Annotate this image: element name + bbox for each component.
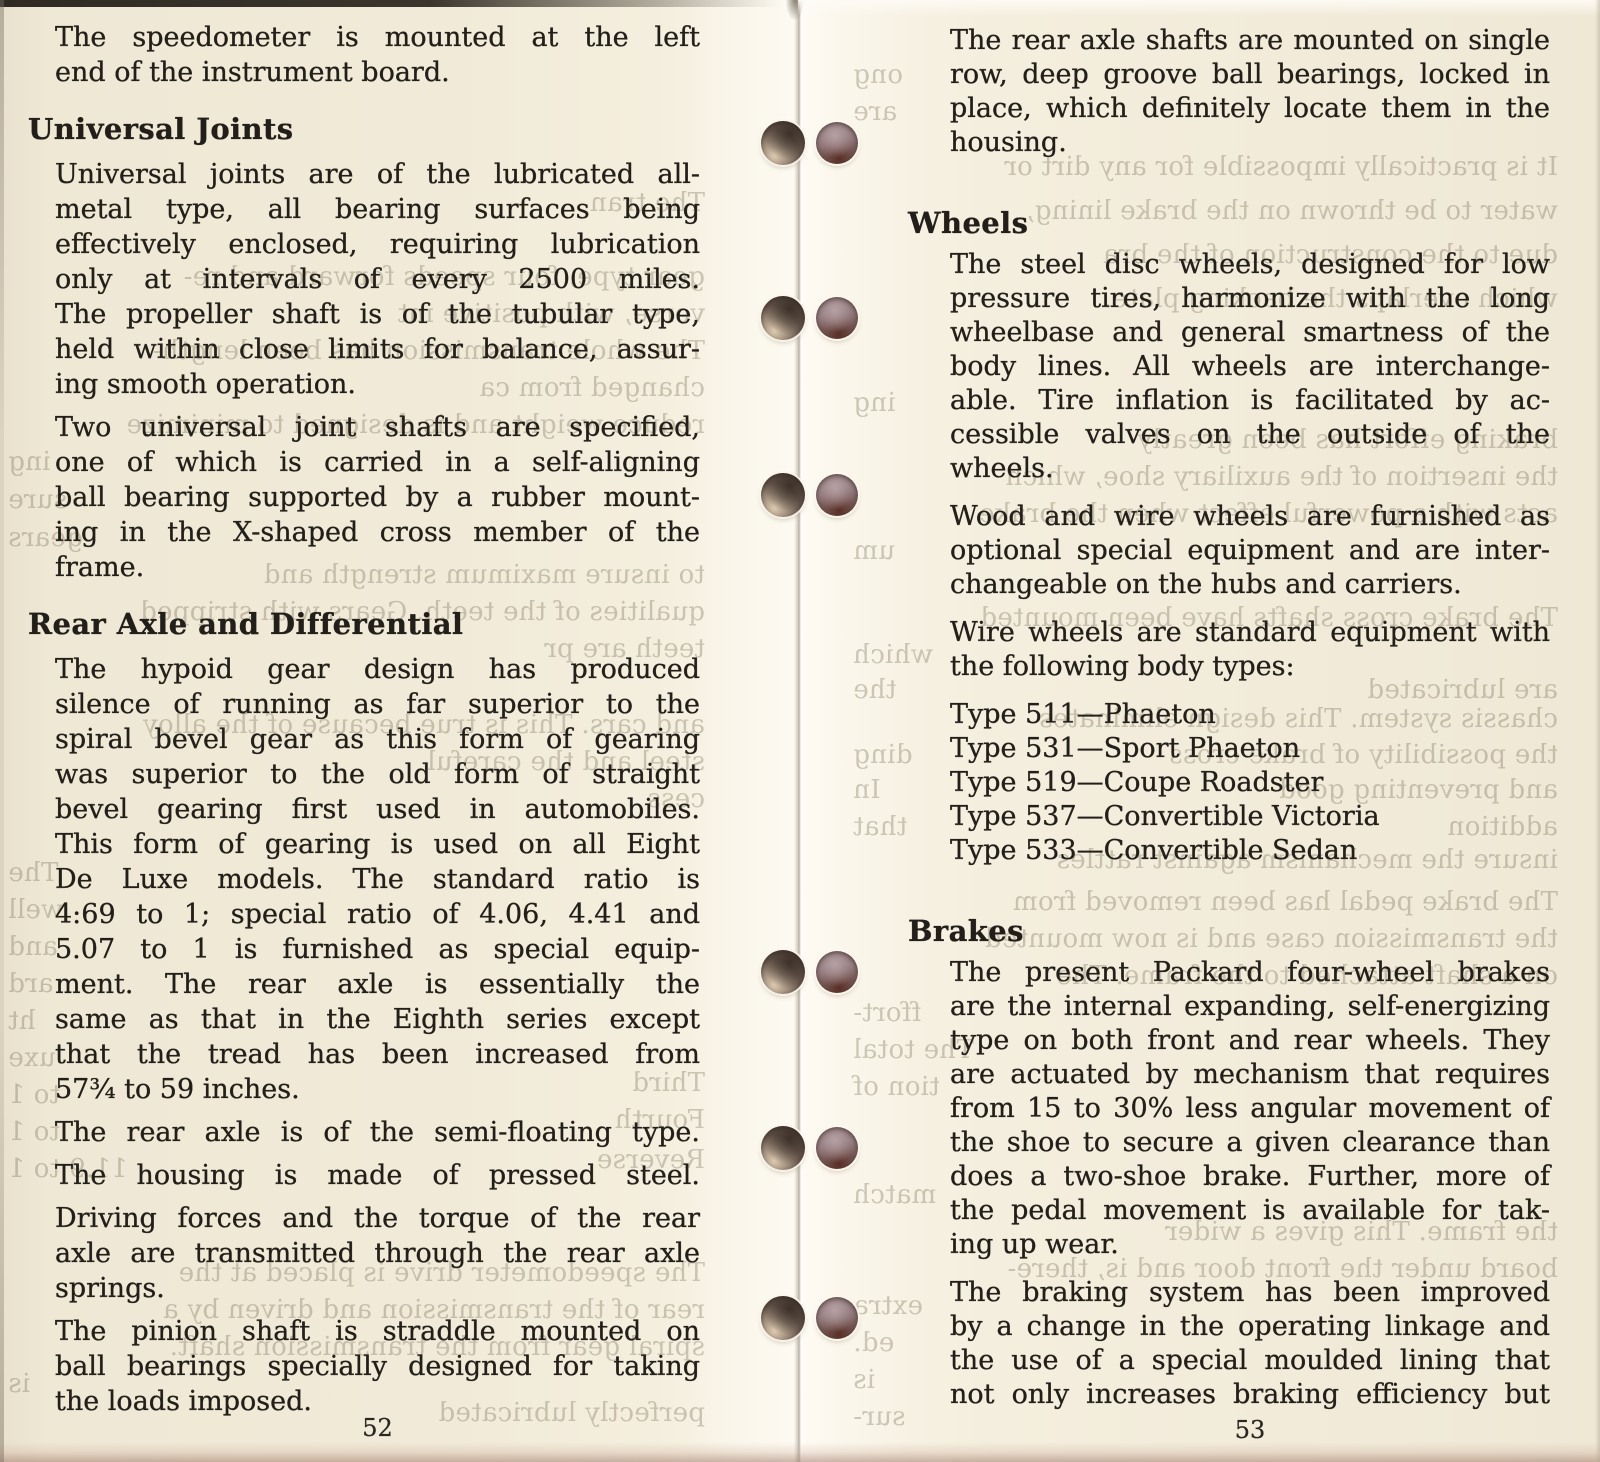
binder-hole	[761, 1126, 805, 1170]
heading-text: Rear Axle and Differential	[28, 607, 700, 642]
text-line: The speedometer is mounted at the left	[55, 20, 700, 55]
paragraph: The braking system has been improvedby a…	[950, 1276, 1550, 1412]
scan-left-edge	[0, 0, 4, 1462]
text-line: spiral bevel gear as this form of gearin…	[55, 722, 700, 757]
text-line: Wood and wire wheels are furnished as	[950, 500, 1550, 534]
text-line: one of which is carried in a self-aligni…	[55, 445, 700, 480]
binder-hole	[816, 1127, 858, 1169]
text-line: body lines. All wheels are interchange-	[950, 350, 1550, 384]
text-line: by a change in the operating linkage and	[950, 1310, 1550, 1344]
text-line: place, which definitely locate them in t…	[950, 92, 1550, 126]
binder-hole	[761, 121, 805, 165]
paragraph: The hypoid gear design has producedsilen…	[55, 652, 700, 1107]
text-line: are the internal expanding, self-energiz…	[950, 990, 1550, 1024]
list-item: Type 511—Phaeton	[950, 698, 1550, 732]
page-number-52: 52	[55, 1414, 700, 1442]
text-line: the shoe to secure a given clearance tha…	[950, 1126, 1550, 1160]
text-line: bevel gearing first used in automobiles.	[55, 792, 700, 827]
list-item: Type 519—Coupe Roadster	[950, 766, 1550, 800]
paragraph: The housing is made of pressed steel.	[55, 1158, 700, 1193]
page-52: The trangear type, four speeds forward a…	[0, 0, 798, 1462]
text-line: Wire wheels are standard equipment with	[950, 616, 1550, 650]
body-type-list: Type 511—PhaetonType 531—Sport PhaetonTy…	[950, 698, 1550, 868]
text-line: same as that in the Eighth series except	[55, 1002, 700, 1037]
text-line: able. Tire inflation is facilitated by a…	[950, 384, 1550, 418]
binder-hole	[761, 1296, 805, 1340]
text-line: The hypoid gear design has produced	[55, 652, 700, 687]
paragraph: The present Packard four-wheel brakesare…	[950, 956, 1550, 1262]
text-line: 5.07 to 1 is furnished as special equip-	[55, 932, 700, 967]
binder-hole	[816, 474, 858, 516]
paragraph: Driving forces and the torque of the rea…	[55, 1201, 700, 1306]
text-line: Universal joints are of the lubricated a…	[55, 157, 700, 192]
text-line: end of the instrument board.	[55, 55, 700, 90]
text-line: This form of gearing is used on all Eigh…	[55, 827, 700, 862]
list-item: Type 537—Convertible Victoria	[950, 800, 1550, 834]
text-line: optional special equipment and are inter…	[950, 534, 1550, 568]
paragraph: The steel disc wheels, designed for lowp…	[950, 248, 1550, 486]
text-line: row, deep groove ball bearings, locked i…	[950, 58, 1550, 92]
heading-text: Brakes	[908, 914, 1550, 948]
text-line: ing in the X-shaped cross member of the	[55, 515, 700, 550]
paragraph: The speedometer is mounted at the leften…	[55, 20, 700, 90]
text-line: ing up wear.	[950, 1228, 1550, 1262]
text-line: pressure tires, harmonize with the long	[950, 282, 1550, 316]
text-line: The housing is made of pressed steel.	[55, 1158, 700, 1193]
text-line: does a two-shoe brake. Further, more of	[950, 1160, 1550, 1194]
scan-top-edge	[0, 0, 780, 7]
text-line: the pedal movement is available for tak-	[950, 1194, 1550, 1228]
text-line: springs.	[55, 1271, 700, 1306]
text-line: not only increases braking efficiency bu…	[950, 1378, 1550, 1412]
text-line: housing.	[950, 126, 1550, 160]
section-heading-universal-joints: Universal Joints	[28, 112, 700, 147]
text-line: silence of running as far superior to th…	[55, 687, 700, 722]
page-53: ongareIt is practically impossible for a…	[798, 0, 1600, 1462]
text-line: held within close limits for balance, as…	[55, 332, 700, 367]
text-line: Two universal joint shafts are specified…	[55, 410, 700, 445]
text-line: only at intervals of every 2500 miles.	[55, 262, 700, 297]
text-line: frame.	[55, 550, 700, 585]
paragraph: Two universal joint shafts are specified…	[55, 410, 700, 585]
text-line: was superior to the old form of straight	[55, 757, 700, 792]
page-52-text-column: The speedometer is mounted at the leften…	[55, 20, 700, 1427]
paragraph: The rear axle is of the semi-floating ty…	[55, 1115, 700, 1150]
scan-bottom-edge	[0, 1442, 1600, 1462]
paragraph: The rear axle shafts are mounted on sing…	[950, 24, 1550, 160]
text-line: wheelbase and general smartness of the	[950, 316, 1550, 350]
text-line: ball bearings specially designed for tak…	[55, 1349, 700, 1384]
section-heading-rear-axle-and-differential: Rear Axle and Differential	[28, 607, 700, 642]
paragraph: Wood and wire wheels are furnished asopt…	[950, 500, 1550, 602]
text-line: the following body types:	[950, 650, 1550, 684]
book-spread: The trangear type, four speeds forward a…	[0, 0, 1600, 1462]
text-line: De Luxe models. The standard ratio is	[55, 862, 700, 897]
text-line: are actuated by mechanism that requires	[950, 1058, 1550, 1092]
binder-hole	[816, 951, 858, 993]
text-line: axle are transmitted through the rear ax…	[55, 1236, 700, 1271]
text-line: wheels.	[950, 452, 1550, 486]
section-heading-wheels: Wheels	[908, 206, 1550, 240]
text-line: The braking system has been improved	[950, 1276, 1550, 1310]
binder-hole	[761, 296, 805, 340]
text-line: The rear axle is of the semi-floating ty…	[55, 1115, 700, 1150]
section-heading-brakes: Brakes	[908, 914, 1550, 948]
page-top-edge-highlight	[798, 0, 1600, 16]
heading-text: Universal Joints	[28, 112, 700, 147]
text-line: Driving forces and the torque of the rea…	[55, 1201, 700, 1236]
text-line: effectively enclosed, requiring lubricat…	[55, 227, 700, 262]
paragraph: Universal joints are of the lubricated a…	[55, 157, 700, 402]
text-line: ment. The rear axle is essentially the	[55, 967, 700, 1002]
text-line: 57¾ to 59 inches.	[55, 1072, 700, 1107]
text-line: The propeller shaft is of the tubular ty…	[55, 297, 700, 332]
text-line: 4:69 to 1; special ratio of 4.06, 4.41 a…	[55, 897, 700, 932]
text-line: changeable on the hubs and carriers.	[950, 568, 1550, 602]
text-line: cessible valves on the outside of the	[950, 418, 1550, 452]
text-line: The present Packard four-wheel brakes	[950, 956, 1550, 990]
binder-hole	[816, 297, 858, 339]
text-line: metal type, all bearing surfaces being	[55, 192, 700, 227]
text-line: ing smooth operation.	[55, 367, 700, 402]
paragraph: The pinion shaft is straddle mounted onb…	[55, 1314, 700, 1419]
text-line: the use of a special moulded lining that	[950, 1344, 1550, 1378]
binder-hole	[761, 473, 805, 517]
list-item: Type 533—Convertible Sedan	[950, 834, 1550, 868]
binding-crease	[794, 0, 804, 1462]
paragraph: Wire wheels are standard equipment witht…	[950, 616, 1550, 684]
page-53-text-column: The rear axle shafts are mounted on sing…	[950, 24, 1550, 1426]
text-line: The pinion shaft is straddle mounted on	[55, 1314, 700, 1349]
binder-hole	[816, 1297, 858, 1339]
binder-hole	[761, 950, 805, 994]
list-item: Type 531—Sport Phaeton	[950, 732, 1550, 766]
text-line: type on both front and rear wheels. They	[950, 1024, 1550, 1058]
heading-text: Wheels	[908, 206, 1550, 240]
binder-hole	[816, 122, 858, 164]
text-line: ball bearing supported by a rubber mount…	[55, 480, 700, 515]
text-line: The rear axle shafts are mounted on sing…	[950, 24, 1550, 58]
scan-right-edge	[1595, 0, 1600, 1462]
text-line: from 15 to 30% less angular movement of	[950, 1092, 1550, 1126]
text-line: The steel disc wheels, designed for low	[950, 248, 1550, 282]
text-line: that the tread has been increased from	[55, 1037, 700, 1072]
page-number-53: 53	[950, 1416, 1550, 1444]
